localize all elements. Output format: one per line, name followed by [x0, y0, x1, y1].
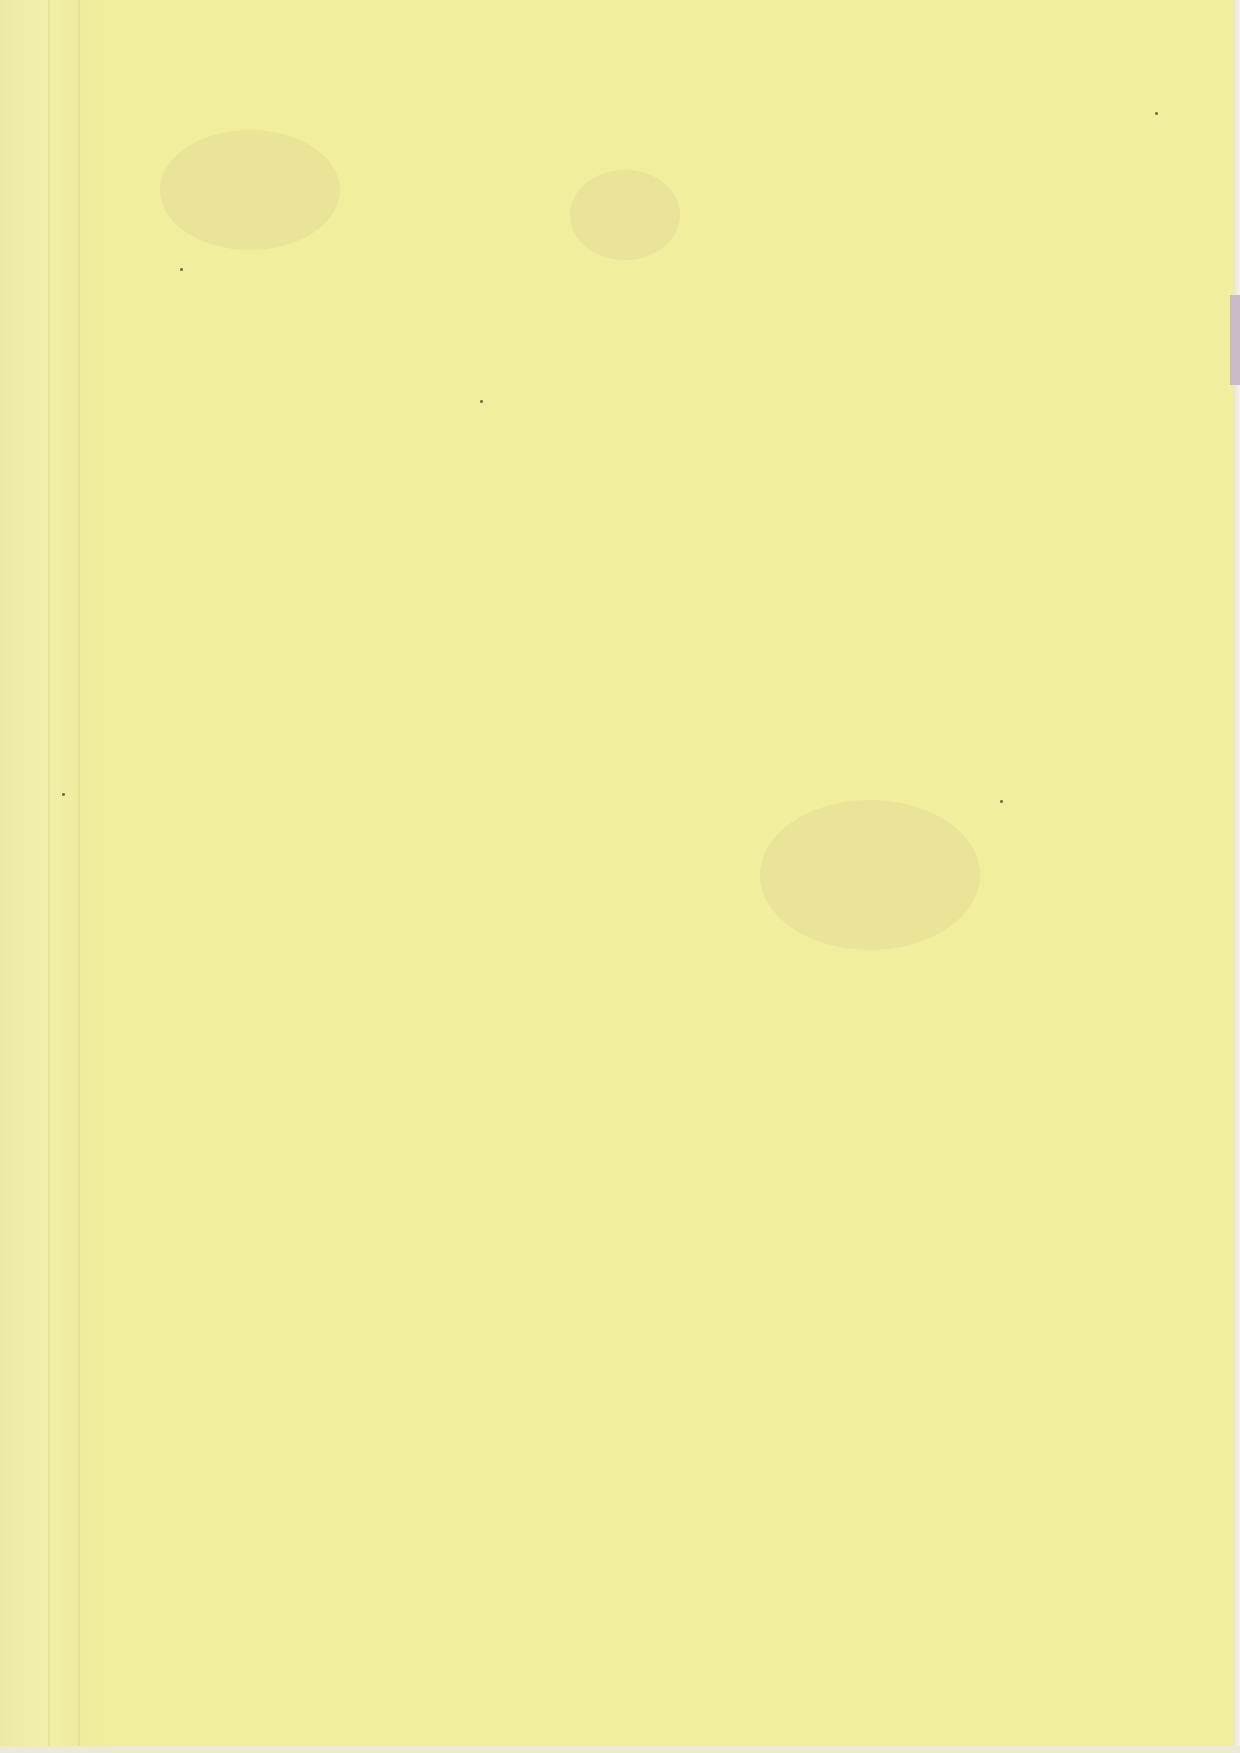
spine-band — [0, 0, 110, 1746]
speck — [180, 268, 183, 271]
speck — [1155, 112, 1158, 115]
speck — [480, 400, 483, 403]
page-edge — [1233, 0, 1240, 1753]
spine-crease — [78, 0, 80, 1746]
page-tab — [1230, 295, 1240, 385]
stain — [160, 130, 340, 250]
speck — [1000, 800, 1003, 803]
bottom-edge — [0, 1746, 1240, 1753]
stain — [570, 170, 680, 260]
stain — [760, 800, 980, 950]
spine-crease — [48, 0, 50, 1746]
book-cover — [0, 0, 1233, 1746]
speck — [62, 793, 65, 796]
